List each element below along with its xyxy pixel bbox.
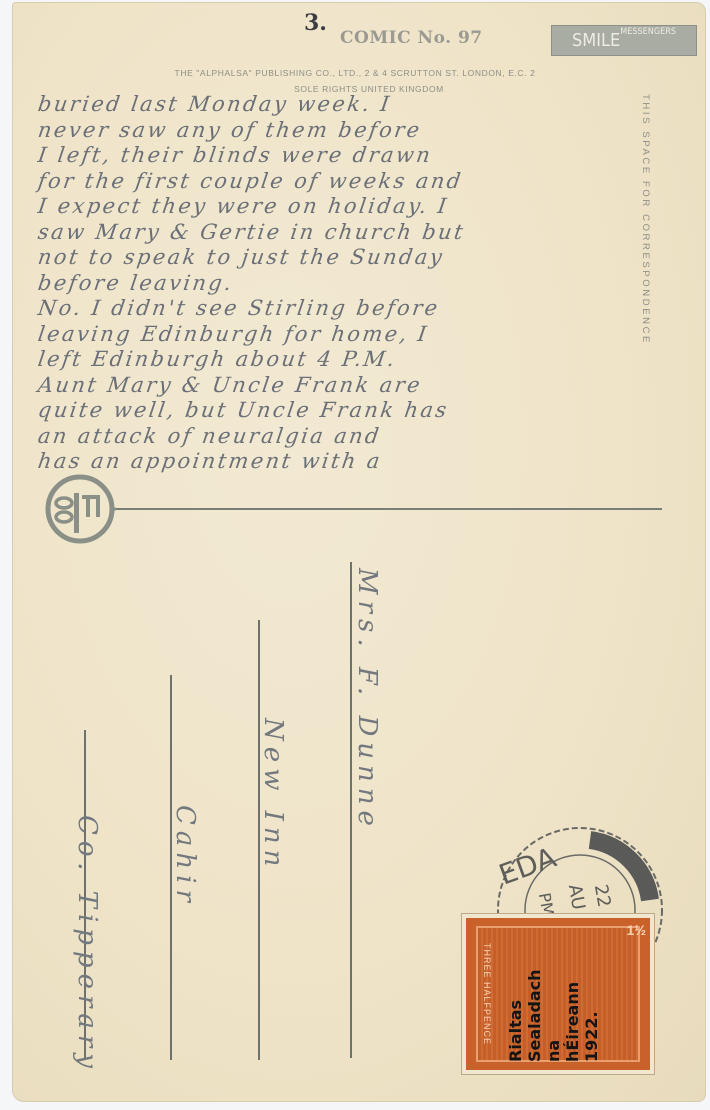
letter-line: an attack of neuralgia and (36, 424, 670, 450)
postage-stamp: THREE HALFPENCE 1½ Rialtas Sealadach na … (466, 918, 650, 1070)
letter-line: leaving Edinburgh for home, I (36, 322, 670, 348)
divider-line (110, 508, 662, 510)
publisher-line: THE "ALPHALSA" PUBLISHING CO., LTD., 2 &… (0, 68, 710, 78)
brand-badge-big: SMILE (572, 30, 620, 51)
publisher-logo-icon (44, 473, 116, 545)
svg-text:EDA: EDA (495, 841, 561, 892)
letter-line: before leaving. (36, 271, 670, 297)
svg-text:AU: AU (564, 883, 589, 912)
letter-line: buried last Monday week. I (36, 92, 670, 118)
overprint-line: hÉireann (563, 982, 582, 1062)
letter-line: left Edinburgh about 4 P.M. (36, 347, 670, 373)
svg-text:22: 22 (590, 883, 615, 909)
letter-line: quite well, but Uncle Frank has (36, 398, 670, 424)
svg-text:PM: PM (535, 891, 558, 917)
stamp-value: 1½ (627, 922, 646, 938)
address-line-locality: Cahir (170, 805, 200, 908)
letter-line: for the first couple of weeks and (36, 169, 670, 195)
address-line-name: Mrs. F. Dunne (352, 568, 382, 832)
letter-line: Aunt Mary & Uncle Frank are (36, 373, 670, 399)
handwritten-letter: buried last Monday week. I never saw any… (38, 92, 668, 475)
overprint-line: Sealadach (525, 969, 544, 1062)
letter-line: I left, their blinds were drawn (36, 143, 670, 169)
letter-line: not to speak to just the Sunday (36, 245, 670, 271)
serial-number: 3. (304, 10, 327, 36)
letter-line: never saw any of them before (36, 118, 670, 144)
stamp-denomination: THREE HALFPENCE (478, 938, 492, 1050)
overprint-line: na (544, 1040, 563, 1062)
letter-line: I expect they were on holiday. I (36, 194, 670, 220)
series-title: COMIC No. 97 (340, 28, 483, 48)
overprint-line: Rialtas (506, 1000, 525, 1062)
brand-badge-small: MESSENGERS (620, 27, 676, 37)
address-line-county: Co. Tipperary (72, 815, 102, 1074)
address-line-town: New Inn (258, 718, 288, 872)
stamp-overprint: Rialtas Sealadach na hÉireann 1922. (506, 932, 601, 1062)
overprint-line: 1922. (582, 1011, 601, 1062)
brand-badge: SMILEMESSENGERS (551, 25, 697, 56)
letter-line: saw Mary & Gertie in church but (36, 220, 670, 246)
letter-line: has an appointment with a (36, 449, 670, 475)
letter-line: No. I didn't see Stirling before (36, 296, 670, 322)
